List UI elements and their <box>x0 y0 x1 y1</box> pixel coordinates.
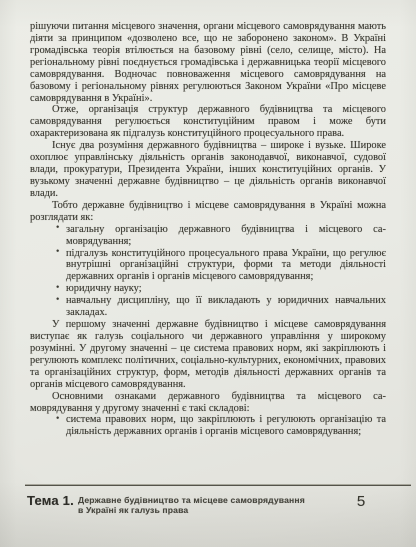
paragraph-two-meanings: Існує два розуміння державного будівницт… <box>30 140 386 200</box>
components-bullet-list: система правових норм, що закріплюють і … <box>30 414 386 438</box>
list-item: підгалузь конституційного процесуального… <box>66 248 386 284</box>
paragraph-regulation: Отже, організація структур державного бу… <box>30 104 386 140</box>
paragraph-features-intro: Основними ознаками державного будівництв… <box>30 391 386 415</box>
paragraph-continued: рішуючи питання місцевого значення, орга… <box>30 21 386 104</box>
list-item: загальну організацію державного будівниц… <box>66 224 386 248</box>
footer-theme-label: Тема 1. <box>27 493 78 508</box>
footer-rule <box>25 484 411 486</box>
roles-bullet-list: загальну організацію державного будівниц… <box>30 224 386 319</box>
page-number: 5 <box>326 493 396 510</box>
list-item: система правових норм, що закріплюють і … <box>66 414 386 438</box>
paragraph-meanings-explained: У першому значенні державне будівництво … <box>30 319 386 391</box>
list-item: навчальну дисципліну, що її викладають у… <box>66 295 386 319</box>
page-body: рішуючи питання місцевого значення, орга… <box>30 21 386 438</box>
paragraph-list-intro: Тобто державне будівництво і місцеве сам… <box>30 200 386 224</box>
footer-chapter-title-line1: Державне будівництво та місцеве самовряд… <box>78 495 326 505</box>
footer-chapter-title-line2: в Україні як галузь права <box>78 505 326 515</box>
book-page: рішуючи питання місцевого значення, орга… <box>0 0 416 547</box>
footer-row: Тема 1. Державне будівництво та місцеве … <box>27 493 416 515</box>
footer-chapter-title: Державне будівництво та місцеве самовряд… <box>78 493 326 515</box>
list-item: юридичну науку; <box>66 283 386 295</box>
page-footer: Тема 1. Державне будівництво та місцеве … <box>0 483 416 515</box>
